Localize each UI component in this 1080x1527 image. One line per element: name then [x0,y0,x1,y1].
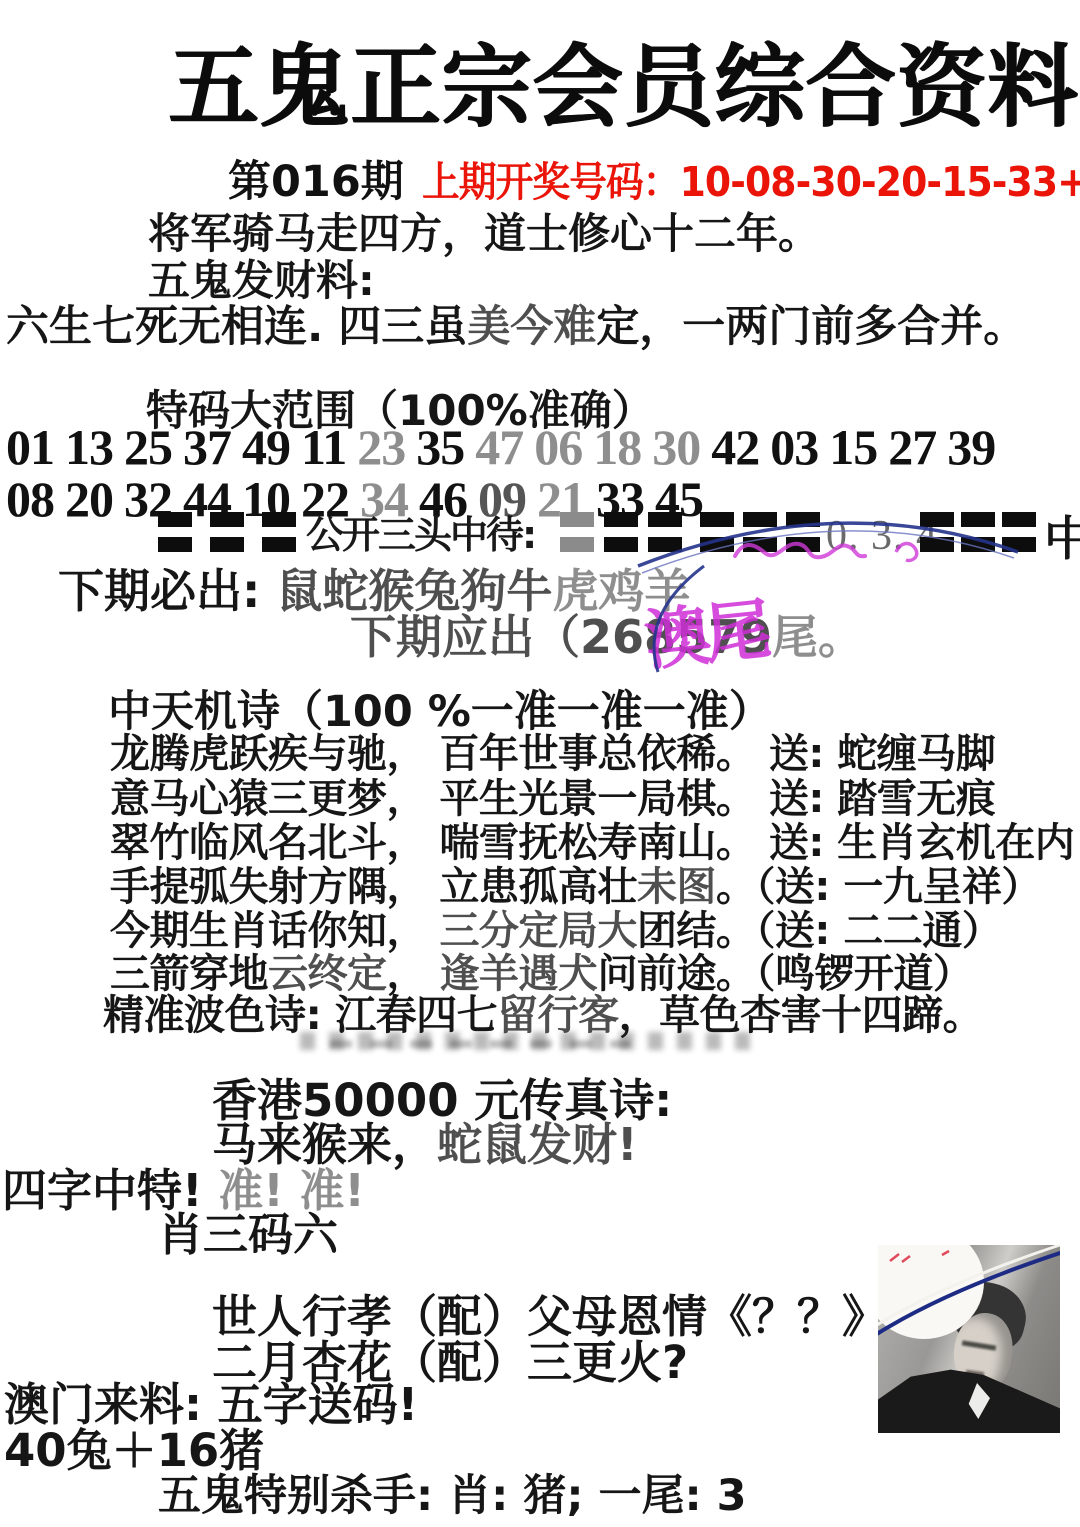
intro-poem-line-3: 六生七死无相连. 四三虽美今难定，一两门前多合并。 [6,303,1026,351]
special-number: 39 [947,422,995,472]
special-number: 06 [534,422,582,472]
special-number: 03 [770,422,818,472]
three-codes-line: 肖三码六 [158,1210,338,1260]
block-mark [961,512,995,552]
block-mark [1002,512,1036,552]
special-number: 01 [6,422,54,472]
special-number: 20 [65,474,113,524]
special-number: 42 [711,422,759,472]
special-number: 18 [593,422,641,472]
text-segment: 下期必出: [58,564,276,618]
portrait-photo [878,1245,1060,1433]
special-number: 30 [652,422,700,472]
fax-poem-line: 马来猴来，蛇鼠发财! [212,1120,638,1170]
text-segment: 意马心猿三更梦， 平生光景一局棋。 送: 踏雪无痕 [110,776,995,822]
hit-character: 中 [1044,502,1080,569]
special-number: 49 [242,422,290,472]
text-segment: 蛇鼠发财! [437,1118,638,1171]
text-segment: 手提弧失射方隅， 立患孤高壮 [110,864,637,910]
macau-material-line: 澳门来料: 五字送码! [4,1380,418,1430]
issue-number: 第016期 [228,148,404,209]
text-segment: 五鬼发财料: [148,256,375,305]
sky-poem-line-4: 手提弧失射方隅， 立患孤高壮未图。（送: 一九呈祥） [110,865,1041,910]
next-issue-tails-line: 下期应出（268579尾。 [350,612,864,664]
text-segment: 三分定局大 [439,908,637,954]
block-mark [604,512,638,552]
intro-poem-line-1: 将军骑马走四方，道士修心十二年。 [148,210,820,257]
special-number: 08 [6,474,54,524]
block-group-3 [700,512,820,552]
block-mark [648,512,682,552]
special-number: 15 [829,422,877,472]
pairing-line-1: 世人行孝（配）父母恩情《？？》 [212,1292,887,1342]
special-number: 25 [124,422,172,472]
handwritten-annotation: 澳尾 [639,576,770,683]
special-number: 11 [301,422,346,472]
text-segment: 美今难 [467,302,596,352]
text-segment: 未图 [637,864,716,910]
text-segment: 肖三码六 [158,1208,338,1261]
block-group-4 [920,512,1036,552]
block-mark [210,512,244,552]
photo-blue-arc [878,1245,1060,1433]
special-number: 37 [183,422,231,472]
blurred-text-smudge-2 [330,1040,630,1048]
sky-poem-title: 中天机诗（100 %一准一准一准） [108,688,772,736]
text-segment: 龙腾虎跃疾与驰， 百年世事总依稀。 送: 蛇缠马脚 [110,731,995,777]
three-heads-label: 公开三头中待: [306,504,535,559]
block-group-1 [158,512,296,552]
sky-poem-line-5: 今期生肖话你知， 三分定局大团结。（送: 二二通） [110,909,1001,954]
block-mark [560,512,594,552]
sky-poem-line-2: 意马心猿三更梦， 平生光景一局棋。 送: 踏雪无痕 [110,777,995,822]
text-segment: 中天机诗（100 %一准一准一准） [108,687,772,737]
intro-poem-line-2: 五鬼发财料: [148,257,375,304]
special-number: 23 [357,422,405,472]
photo-arc-blue [878,1251,1060,1337]
photo-red-scribble [890,1251,949,1262]
block-mark [786,512,820,552]
text-segment: 尾。 [772,610,864,664]
block-group-2 [560,512,682,552]
text-segment: 五鬼特别杀手: 肖: 猪; 一尾: 3 [158,1471,747,1521]
lottery-tip-sheet: 五鬼正宗会员综合资料 第016期 上期开奖号码：10-08-30-20-15-3… [0,0,1080,1527]
text-segment: 。（送: 一九呈祥） [716,864,1041,910]
special-number: 27 [888,422,936,472]
block-mark [158,512,192,552]
special-number-row-1: 0113253749112335470618304203152739 [6,422,995,472]
issue-line: 第016期 上期开奖号码：10-08-30-20-15-33+31 [228,148,1080,209]
special-number: 47 [475,422,523,472]
last-draw-numbers: 上期开奖号码：10-08-30-20-15-33+31 [422,149,1080,208]
special-killer-line: 五鬼特别杀手: 肖: 猪; 一尾: 3 [158,1472,747,1520]
sky-poem-line-1: 龙腾虎跃疾与驰， 百年世事总依稀。 送: 蛇缠马脚 [110,732,995,777]
text-segment: 定，一两门前多合并。 [596,302,1026,352]
text-segment: 将军骑马走四方，道士修心十二年。 [148,209,820,258]
block-mark [920,512,954,552]
macau-codes-line: 40兔＋16猪 [4,1426,264,1476]
special-number: 13 [65,422,113,472]
text-segment: 今期生肖话你知， [110,908,439,954]
block-mark [743,512,777,552]
text-segment: 40兔＋16猪 [4,1424,264,1477]
text-segment: 团结。（送: 二二通） [637,908,1001,954]
three-heads-row: 公开三头中待: 0. 3. 4 中 [158,506,1080,562]
sky-poem-line-3: 翠竹临风名北斗， 喘雪抚松寿南山。 送: 生肖玄机在内 [110,821,1074,866]
block-mark [262,512,296,552]
special-number: 35 [416,422,464,472]
text-segment: 六生七死无相连. 四三虽 [6,302,467,352]
block-mark [700,512,734,552]
page-title: 五鬼正宗会员综合资料 [168,14,1078,144]
text-segment: 翠竹临风名北斗， 喘雪抚松寿南山。 送: 生肖玄机在内 [110,820,1074,866]
